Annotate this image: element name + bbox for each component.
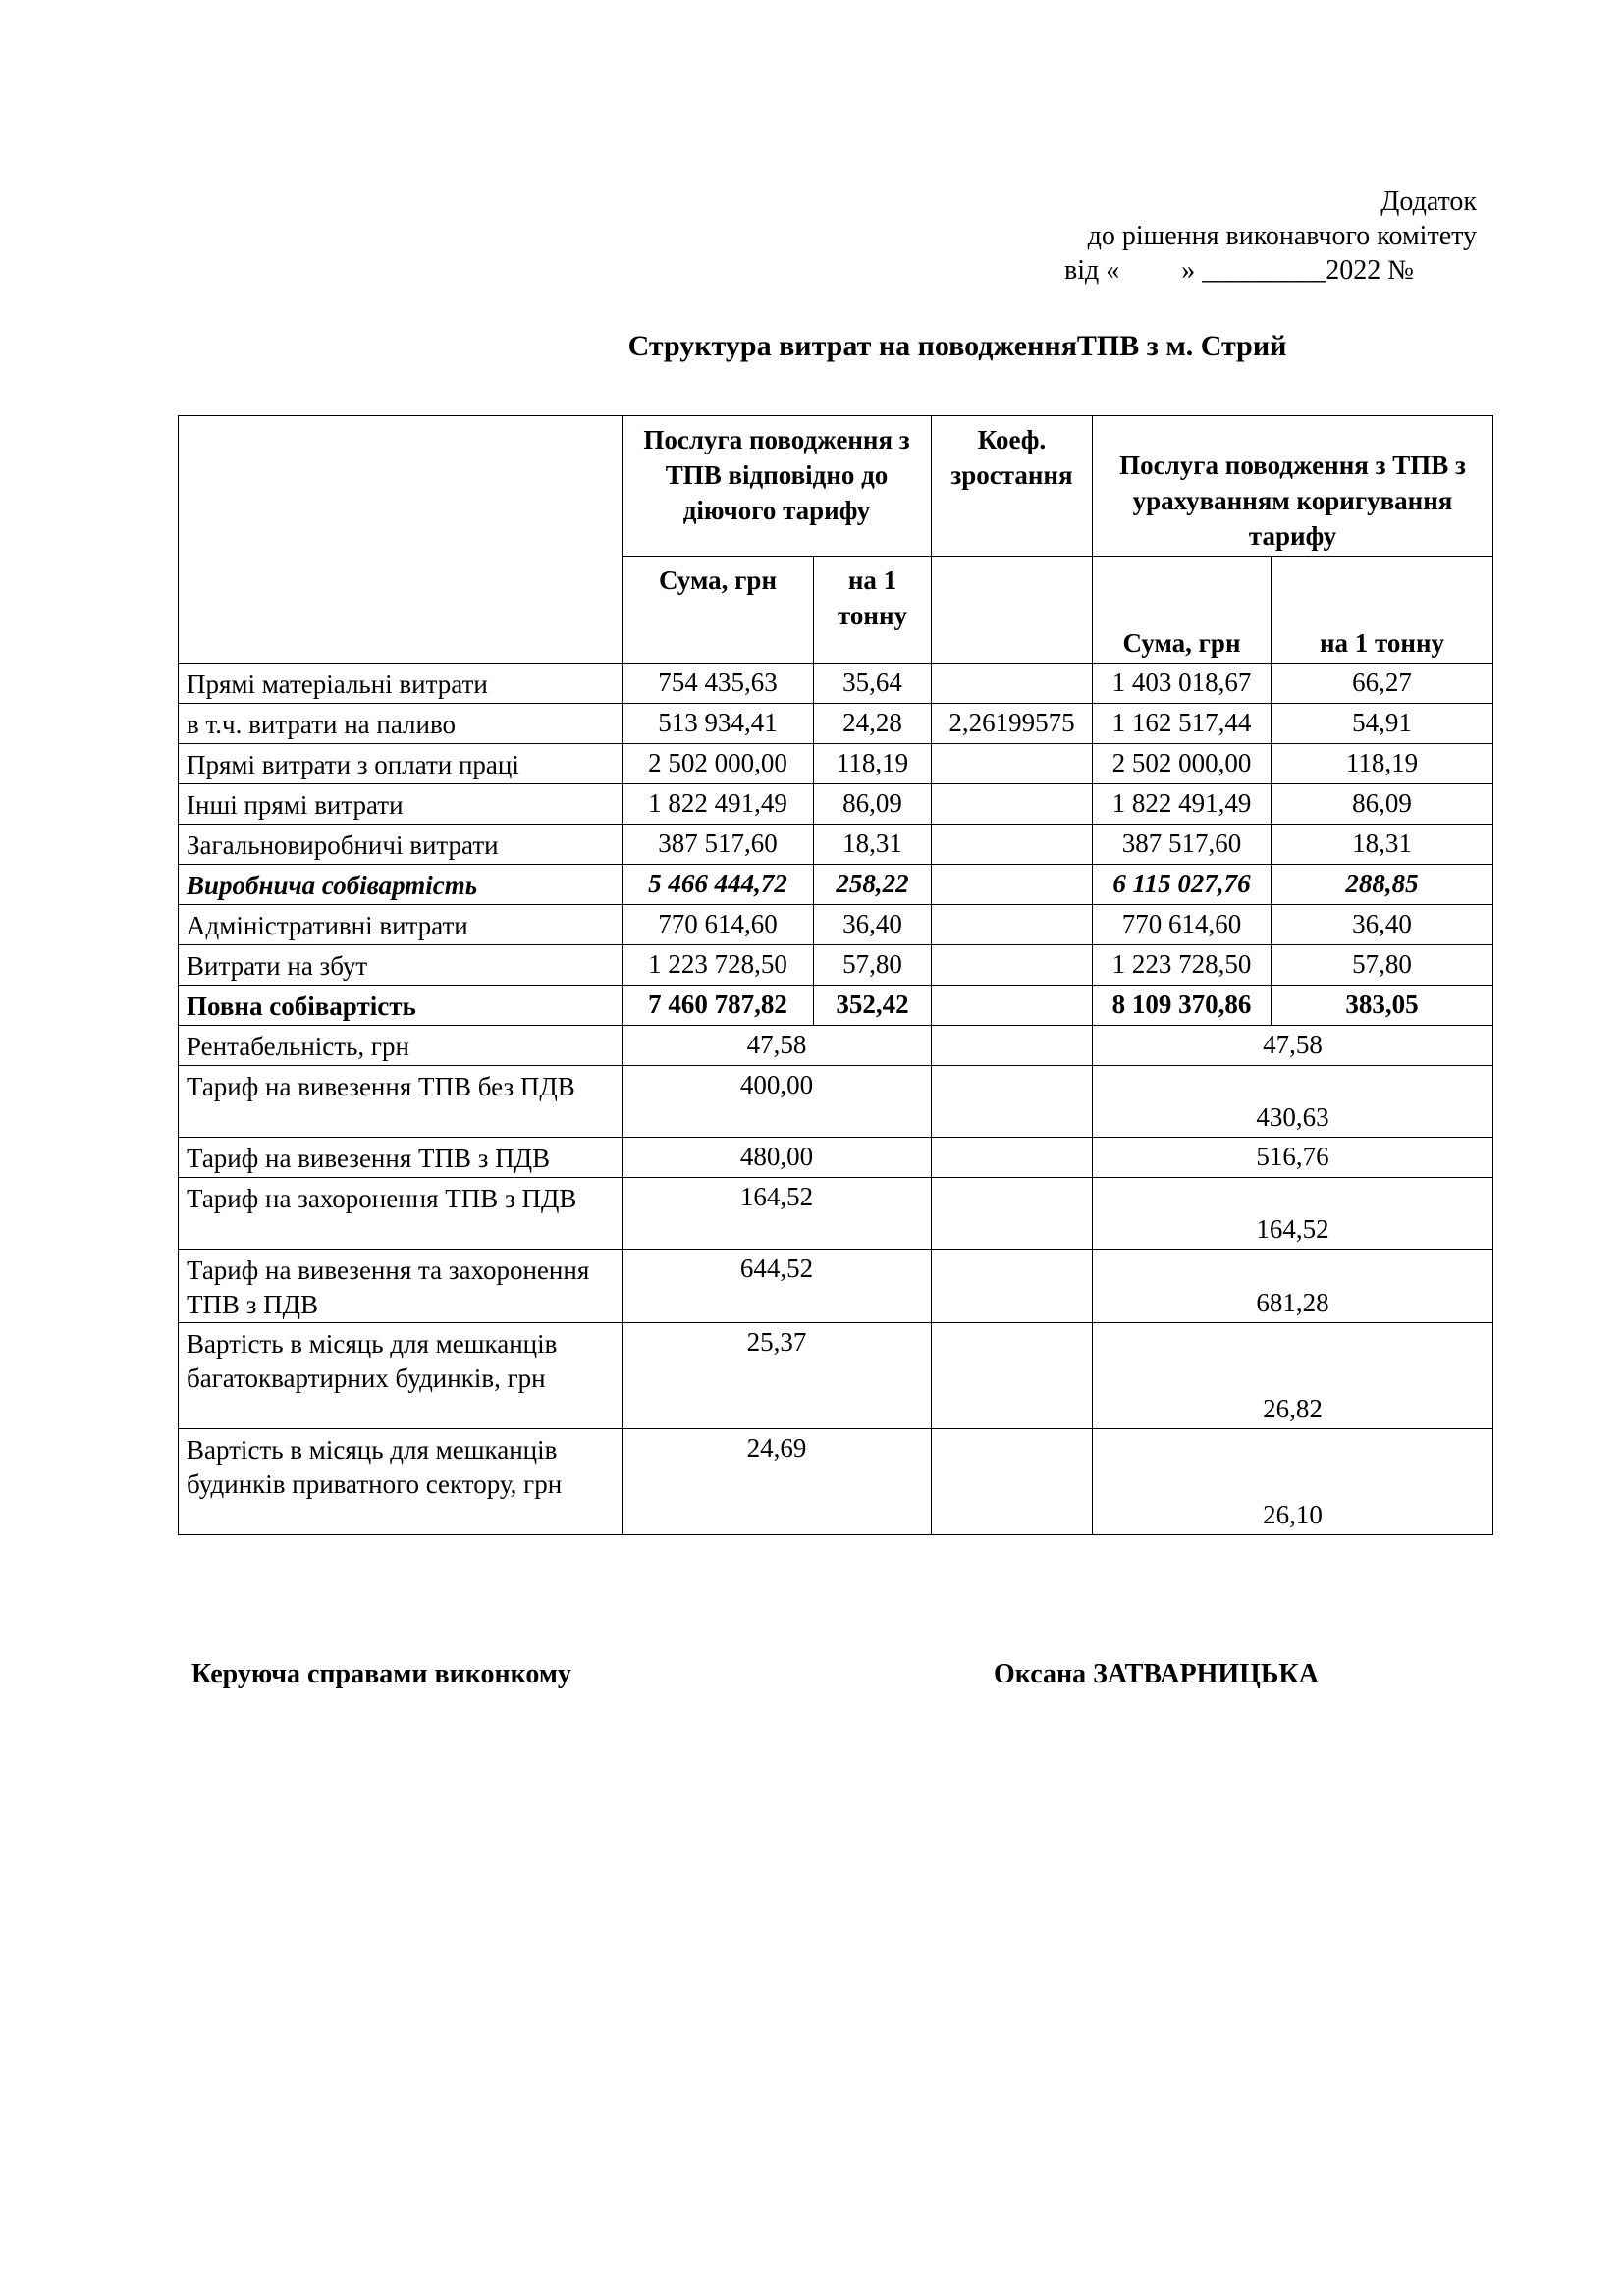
signature-name: Оксана ЗАТВАРНИЦЬКА xyxy=(994,1659,1319,1690)
row-per-ton-adjusted: 118,19 xyxy=(1272,744,1493,784)
signature-position: Керуюча справами виконкому xyxy=(191,1659,571,1690)
row-coefficient xyxy=(932,1138,1093,1178)
row-sum-current: 754 435,63 xyxy=(623,664,814,704)
subheader-per-ton-current: на 1 тонну xyxy=(814,557,932,664)
table-row: Тариф на вивезення ТПВ з ПДВ480,00516,76 xyxy=(179,1138,1493,1178)
row-label: Прямі матеріальні витрати xyxy=(179,664,623,704)
row-per-ton-current: 36,40 xyxy=(814,905,932,945)
subheader-sum-adjusted: Сума, грн xyxy=(1093,557,1272,664)
row-label: Інші прямі витрати xyxy=(179,784,623,825)
row-sum-adjusted: 1 822 491,49 xyxy=(1093,784,1272,825)
row-sum-adjusted: 770 614,60 xyxy=(1093,905,1272,945)
table-row: Інші прямі витрати1 822 491,4986,091 822… xyxy=(179,784,1493,825)
row-sum-adjusted: 8 109 370,86 xyxy=(1093,986,1272,1026)
row-coefficient xyxy=(932,986,1093,1026)
header-adjusted-tariff: Послуга поводження з ТПВ з урахуванням к… xyxy=(1093,416,1493,557)
row-value-current: 480,00 xyxy=(623,1138,932,1178)
row-coefficient xyxy=(932,865,1093,905)
appendix-date-number: від « » _________2022 № xyxy=(1060,253,1477,288)
row-value-current: 24,69 xyxy=(623,1429,932,1535)
row-value-current: 644,52 xyxy=(623,1250,932,1323)
table-row: Прямі витрати з оплати праці2 502 000,00… xyxy=(179,744,1493,784)
row-sum-adjusted: 2 502 000,00 xyxy=(1093,744,1272,784)
row-per-ton-adjusted: 383,05 xyxy=(1272,986,1493,1026)
subheader-per-ton-adjusted: на 1 тонну xyxy=(1272,557,1493,664)
row-coefficient xyxy=(932,1429,1093,1535)
row-coefficient xyxy=(932,1323,1093,1429)
row-value-current: 47,58 xyxy=(623,1026,932,1066)
row-label: Повна собівартість xyxy=(179,986,623,1026)
row-value-adjusted: 26,10 xyxy=(1093,1429,1493,1535)
row-coefficient xyxy=(932,905,1093,945)
table-header-row: Послуга поводження з ТПВ відповідно до д… xyxy=(179,416,1493,557)
table-row: Виробнича собівартість5 466 444,72258,22… xyxy=(179,865,1493,905)
row-per-ton-current: 24,28 xyxy=(814,704,932,744)
row-label: Адміністративні витрати xyxy=(179,905,623,945)
row-label: Рентабельність, грн xyxy=(179,1026,623,1066)
row-coefficient xyxy=(932,744,1093,784)
row-label: Вартість в місяць для мешканців багатокв… xyxy=(179,1323,623,1429)
row-sum-current: 1 822 491,49 xyxy=(623,784,814,825)
row-label: Тариф на вивезення ТПВ без ПДВ xyxy=(179,1066,623,1138)
document-title: Структура витрат на поводженняТПВ з м. С… xyxy=(177,330,1492,363)
row-sum-current: 5 466 444,72 xyxy=(623,865,814,905)
row-sum-adjusted: 1 403 018,67 xyxy=(1093,664,1272,704)
row-value-adjusted: 516,76 xyxy=(1093,1138,1493,1178)
row-per-ton-current: 35,64 xyxy=(814,664,932,704)
table-row: Адміністративні витрати770 614,6036,4077… xyxy=(179,905,1493,945)
row-per-ton-current: 18,31 xyxy=(814,825,932,865)
row-sum-current: 387 517,60 xyxy=(623,825,814,865)
row-sum-current: 513 934,41 xyxy=(623,704,814,744)
table-row: Тариф на вивезення ТПВ без ПДВ400,00430,… xyxy=(179,1066,1493,1138)
row-label: Тариф на захоронення ТПВ з ПДВ xyxy=(179,1178,623,1250)
appendix-decision-ref: до рішення виконавчого комітету xyxy=(1060,219,1477,253)
row-coefficient xyxy=(932,784,1093,825)
row-per-ton-adjusted: 57,80 xyxy=(1272,945,1493,986)
row-sum-current: 7 460 787,82 xyxy=(623,986,814,1026)
row-value-adjusted: 681,28 xyxy=(1093,1250,1493,1323)
row-value-adjusted: 26,82 xyxy=(1093,1323,1493,1429)
table-row: Тариф на вивезення та захоронення ТПВ з … xyxy=(179,1250,1493,1323)
row-per-ton-adjusted: 54,91 xyxy=(1272,704,1493,744)
header-empty-cell xyxy=(179,416,623,664)
row-coefficient xyxy=(932,1250,1093,1323)
appendix-label: Додаток xyxy=(1060,185,1477,219)
row-per-ton-current: 86,09 xyxy=(814,784,932,825)
header-current-tariff: Послуга поводження з ТПВ відповідно до д… xyxy=(623,416,932,557)
table-row: Вартість в місяць для мешканців будинків… xyxy=(179,1429,1493,1535)
row-sum-adjusted: 6 115 027,76 xyxy=(1093,865,1272,905)
row-label: в т.ч. витрати на паливо xyxy=(179,704,623,744)
header-coefficient: Коеф. зростання xyxy=(932,416,1093,557)
row-value-adjusted: 47,58 xyxy=(1093,1026,1493,1066)
table-row: Витрати на збут1 223 728,5057,801 223 72… xyxy=(179,945,1493,986)
row-coefficient xyxy=(932,945,1093,986)
row-value-current: 164,52 xyxy=(623,1178,932,1250)
row-value-adjusted: 430,63 xyxy=(1093,1066,1493,1138)
row-sum-current: 2 502 000,00 xyxy=(623,744,814,784)
row-label: Тариф на вивезення та захоронення ТПВ з … xyxy=(179,1250,623,1323)
row-per-ton-adjusted: 36,40 xyxy=(1272,905,1493,945)
table-row: Загальновиробничі витрати387 517,6018,31… xyxy=(179,825,1493,865)
row-per-ton-adjusted: 288,85 xyxy=(1272,865,1493,905)
table-row: Прямі матеріальні витрати754 435,6335,64… xyxy=(179,664,1493,704)
table-row: Тариф на захоронення ТПВ з ПДВ164,52164,… xyxy=(179,1178,1493,1250)
row-label: Прямі витрати з оплати праці xyxy=(179,744,623,784)
cost-structure-table: Послуга поводження з ТПВ відповідно до д… xyxy=(178,415,1493,1535)
row-label: Загальновиробничі витрати xyxy=(179,825,623,865)
row-per-ton-current: 258,22 xyxy=(814,865,932,905)
row-per-ton-current: 57,80 xyxy=(814,945,932,986)
row-label: Тариф на вивезення ТПВ з ПДВ xyxy=(179,1138,623,1178)
row-sum-current: 1 223 728,50 xyxy=(623,945,814,986)
row-sum-adjusted: 1 223 728,50 xyxy=(1093,945,1272,986)
row-coefficient xyxy=(932,1066,1093,1138)
subheader-sum-current: Сума, грн xyxy=(623,557,814,664)
row-label: Виробнича собівартість xyxy=(179,865,623,905)
row-value-current: 25,37 xyxy=(623,1323,932,1429)
table-row: в т.ч. витрати на паливо513 934,4124,282… xyxy=(179,704,1493,744)
row-label: Витрати на збут xyxy=(179,945,623,986)
row-per-ton-current: 352,42 xyxy=(814,986,932,1026)
row-per-ton-adjusted: 66,27 xyxy=(1272,664,1493,704)
row-value-adjusted: 164,52 xyxy=(1093,1178,1493,1250)
table-row: Вартість в місяць для мешканців багатокв… xyxy=(179,1323,1493,1429)
row-value-current: 400,00 xyxy=(623,1066,932,1138)
row-label: Вартість в місяць для мешканців будинків… xyxy=(179,1429,623,1535)
row-coefficient xyxy=(932,664,1093,704)
row-sum-adjusted: 1 162 517,44 xyxy=(1093,704,1272,744)
row-coefficient xyxy=(932,825,1093,865)
row-per-ton-current: 118,19 xyxy=(814,744,932,784)
row-sum-current: 770 614,60 xyxy=(623,905,814,945)
table-row: Повна собівартість7 460 787,82352,428 10… xyxy=(179,986,1493,1026)
row-coefficient xyxy=(932,1026,1093,1066)
appendix-header: Додаток до рішення виконавчого комітету … xyxy=(1060,185,1477,288)
row-coefficient xyxy=(932,1178,1093,1250)
row-sum-adjusted: 387 517,60 xyxy=(1093,825,1272,865)
row-per-ton-adjusted: 18,31 xyxy=(1272,825,1493,865)
row-per-ton-adjusted: 86,09 xyxy=(1272,784,1493,825)
table-row: Рентабельність, грн47,5847,58 xyxy=(179,1026,1493,1066)
row-coefficient: 2,26199575 xyxy=(932,704,1093,744)
subheader-coef-empty xyxy=(932,557,1093,664)
